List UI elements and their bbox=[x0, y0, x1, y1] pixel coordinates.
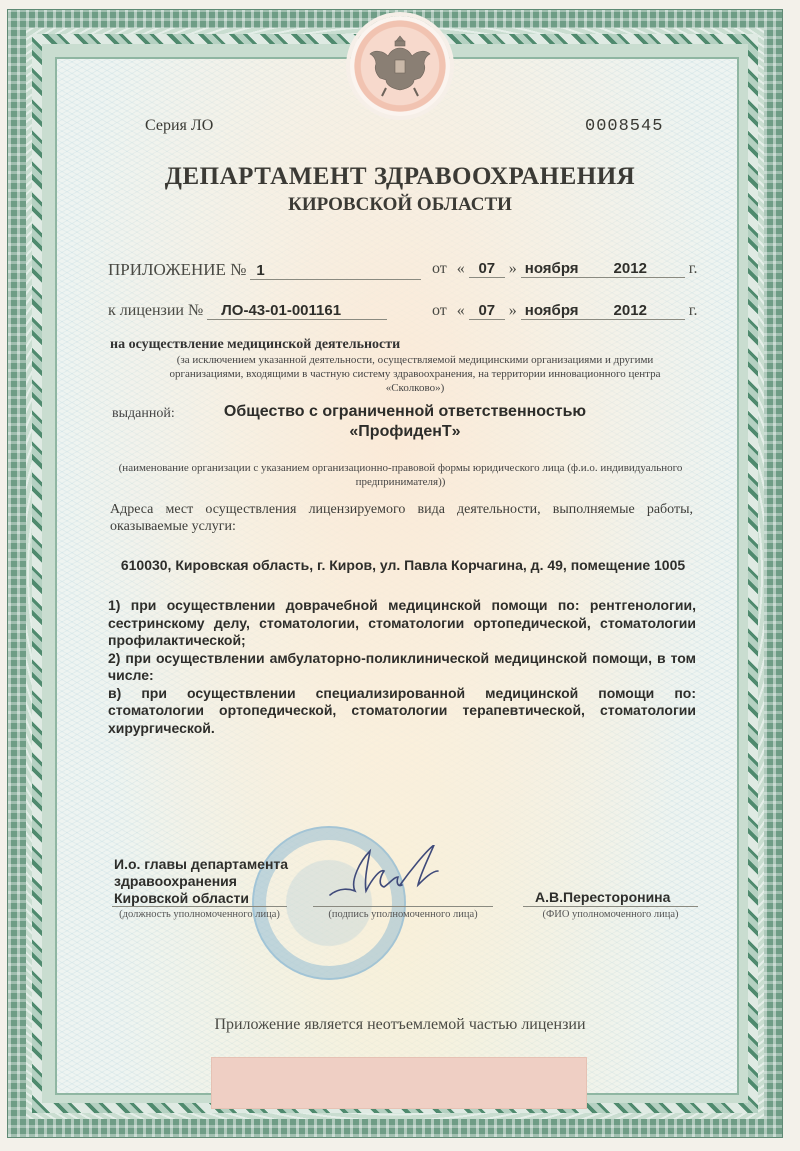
signatory-position: И.о. главы департамента здравоохранения … bbox=[114, 856, 288, 907]
year-suffix: г. bbox=[689, 260, 698, 277]
scope-note: (за исключением указанной деятельности, … bbox=[150, 353, 680, 395]
license-date: от « 07 » ноября2012 г. bbox=[432, 302, 698, 320]
activity-intro: Адреса мест осуществления лицензируемого… bbox=[110, 501, 693, 535]
quote-open: « bbox=[457, 302, 465, 319]
from-label: от bbox=[432, 260, 447, 277]
appendix-number: 1 bbox=[250, 262, 421, 280]
quote-close: » bbox=[509, 260, 517, 277]
position-line: И.о. главы департамента bbox=[114, 856, 288, 873]
authority-title: ДЕПАРТАМЕНТ ЗДРАВООХРАНЕНИЯ bbox=[0, 163, 800, 191]
name-caption: (ФИО уполномоченного лица) bbox=[523, 909, 698, 920]
series-label: Серия ЛО bbox=[145, 117, 213, 135]
redacted-area bbox=[211, 1057, 587, 1109]
organization-title: «ПрофиденТ» bbox=[210, 422, 600, 442]
appendix-month-year: ноября2012 bbox=[521, 260, 685, 278]
appendix-date: от « 07 » ноября2012 г. bbox=[432, 260, 698, 278]
signature-line-rule bbox=[313, 906, 493, 907]
footer-note: Приложение является неотъемлемой частью … bbox=[0, 1016, 800, 1034]
license-day: 07 bbox=[469, 302, 505, 320]
license-number: ЛО-43-01-001161 bbox=[207, 302, 387, 320]
appendix-month: ноября bbox=[525, 260, 579, 277]
activity-address: 610030, Кировская область, г. Киров, ул.… bbox=[108, 557, 698, 573]
license-row: к лицензии № ЛО-43-01-001161 bbox=[108, 302, 387, 320]
service-item: в) при осуществлении специализированной … bbox=[108, 685, 696, 738]
appendix-year: 2012 bbox=[614, 260, 647, 277]
year-suffix: г. bbox=[689, 302, 698, 319]
position-line: Кировской области bbox=[114, 890, 288, 907]
appendix-row: ПРИЛОЖЕНИЕ № 1 bbox=[108, 260, 421, 280]
organization-note: (наименование организации с указанием ор… bbox=[108, 461, 693, 489]
organization-form: Общество с ограниченной ответственностью bbox=[210, 402, 600, 422]
license-year: 2012 bbox=[614, 302, 647, 319]
quote-open: « bbox=[457, 260, 465, 277]
position-caption: (должность уполномоченного лица) bbox=[112, 909, 287, 920]
signature-caption: (подпись уполномоченного лица) bbox=[313, 909, 493, 920]
service-item: 1) при осуществлении доврачебной медицин… bbox=[108, 597, 696, 650]
organization-name: Общество с ограниченной ответственностью… bbox=[210, 402, 600, 442]
appendix-day: 07 bbox=[469, 260, 505, 278]
issued-to-label: выданной: bbox=[112, 406, 175, 422]
position-line: здравоохранения bbox=[114, 873, 288, 890]
handwritten-signature-icon bbox=[320, 845, 470, 905]
license-month: ноября bbox=[525, 302, 579, 319]
coat-of-arms-emblem bbox=[350, 16, 450, 116]
signatory-name: А.В.Пересторонина bbox=[535, 889, 670, 905]
appendix-label: ПРИЛОЖЕНИЕ № bbox=[108, 260, 246, 279]
from-label: от bbox=[432, 302, 447, 319]
quote-close: » bbox=[509, 302, 517, 319]
services-list: 1) при осуществлении доврачебной медицин… bbox=[108, 597, 696, 737]
name-line-rule bbox=[523, 906, 698, 907]
blank-number: 0008545 bbox=[585, 117, 663, 136]
authority-subtitle: КИРОВСКОЙ ОБЛАСТИ bbox=[0, 194, 800, 216]
license-label: к лицензии № bbox=[108, 302, 203, 319]
scope-title: на осуществление медицинской деятельност… bbox=[110, 337, 400, 353]
position-line-rule bbox=[112, 906, 287, 907]
service-item: 2) при осуществлении амбулаторно-поликли… bbox=[108, 650, 696, 685]
double-headed-eagle-icon bbox=[364, 30, 436, 102]
license-month-year: ноября2012 bbox=[521, 302, 685, 320]
